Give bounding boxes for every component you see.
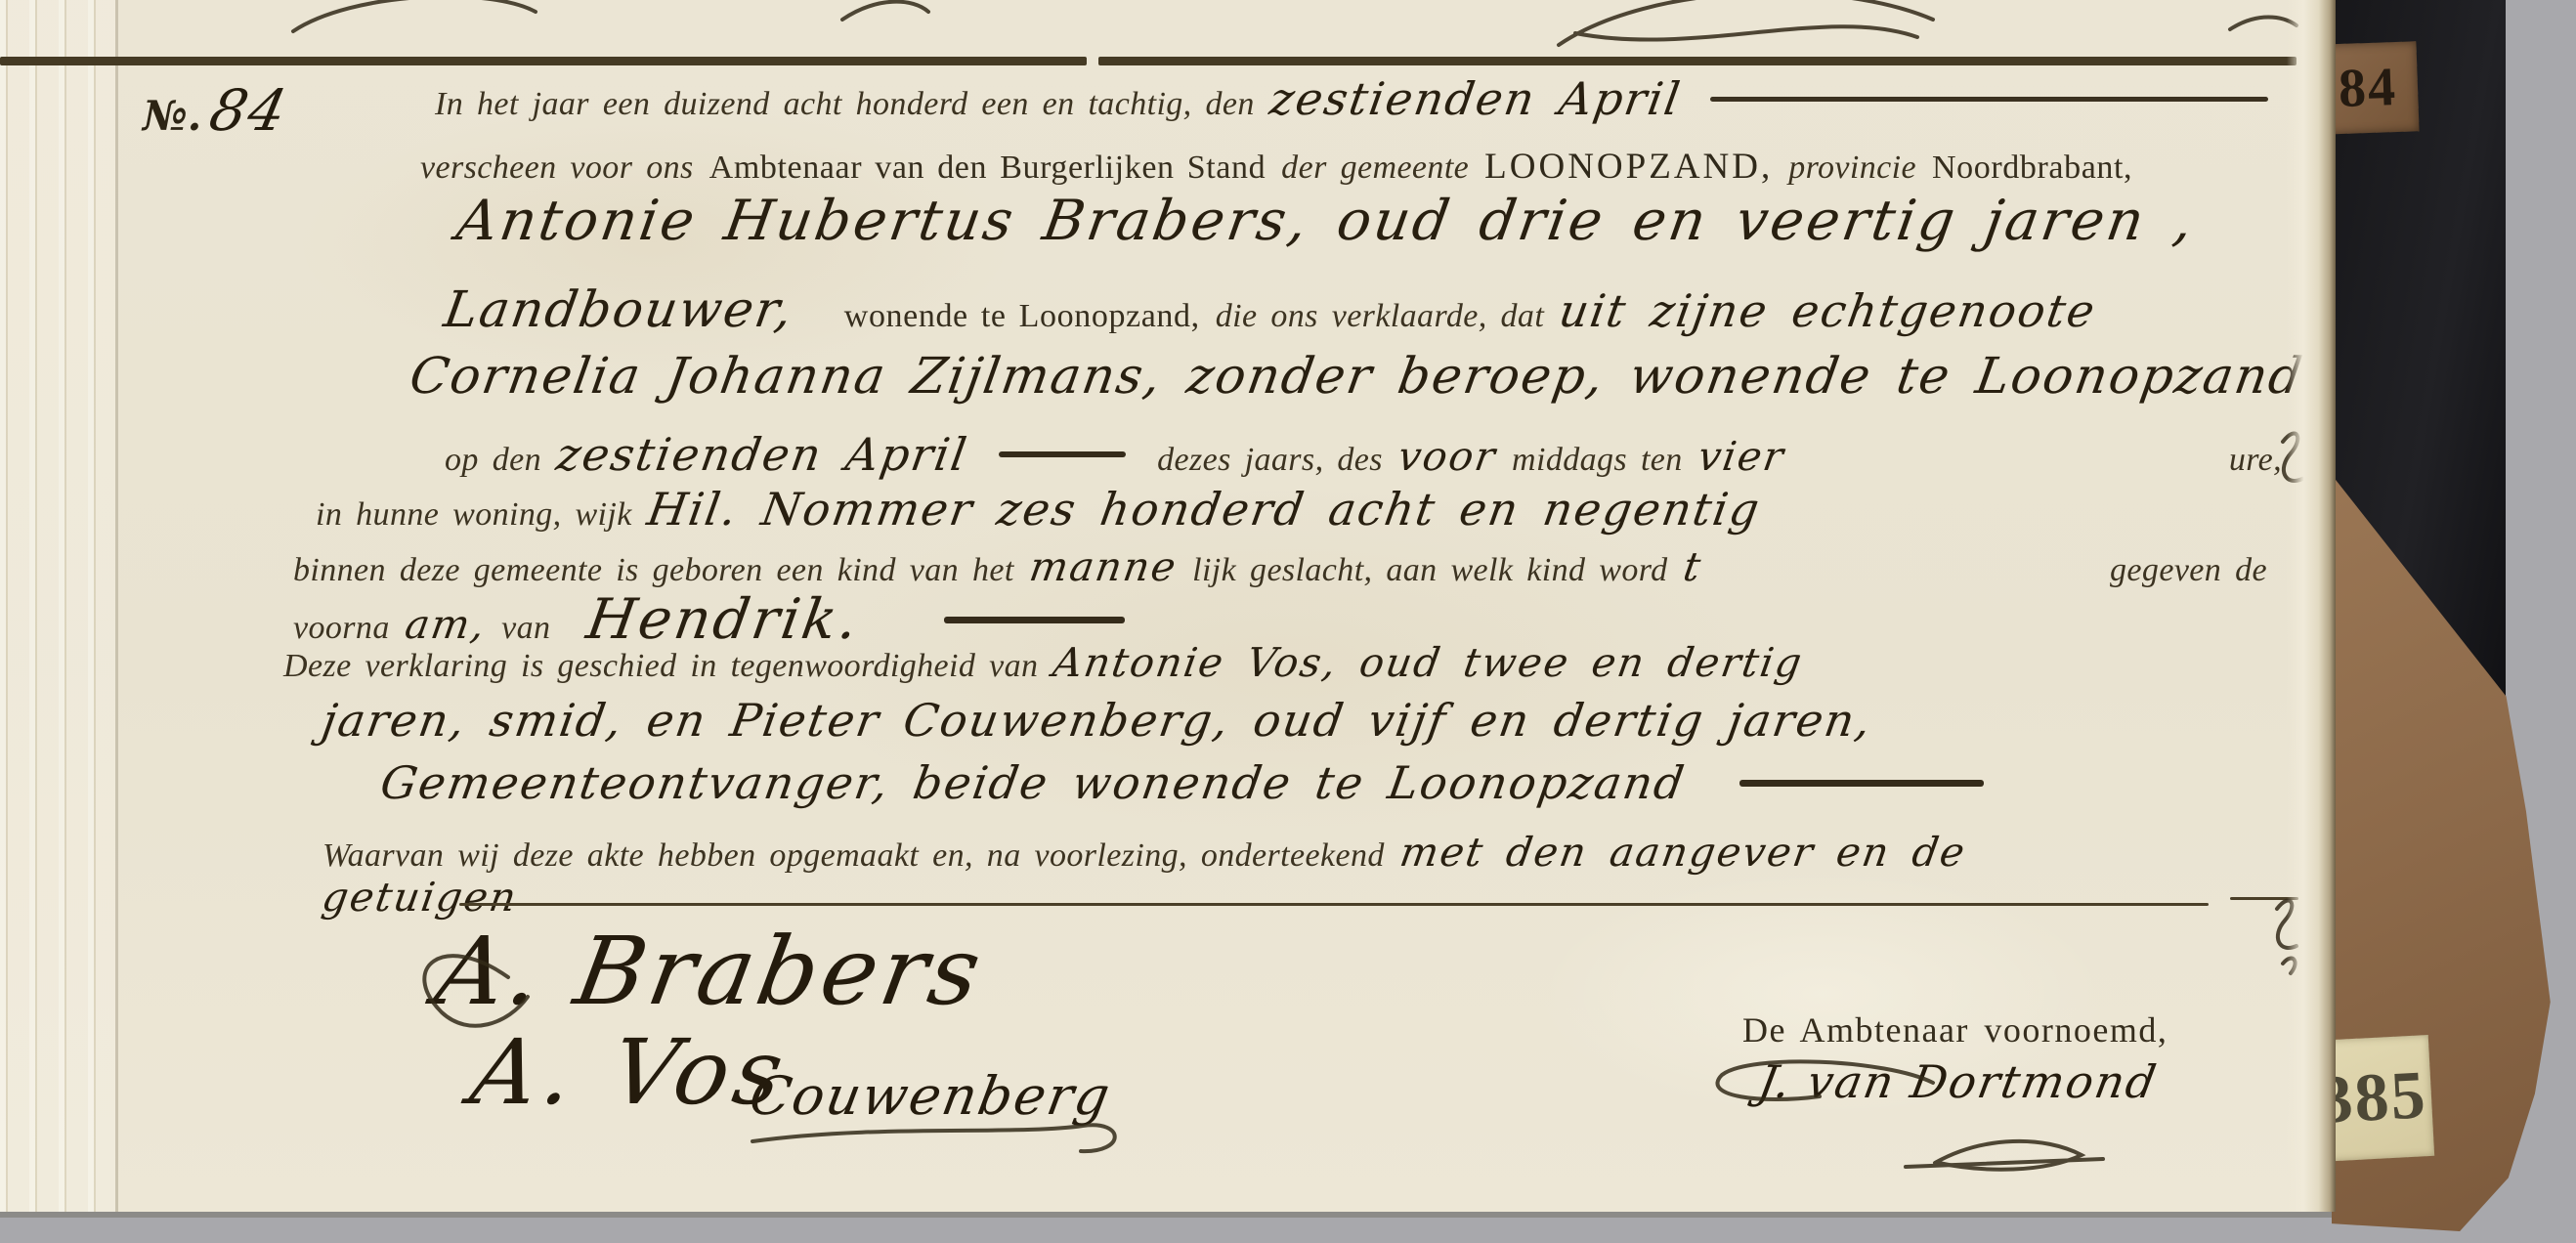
handwritten-child-name: Hendrik. xyxy=(583,592,865,648)
printed-text: dezes jaars, des xyxy=(1157,444,1383,477)
record-number-label: №. xyxy=(143,96,201,137)
printed-text: in hunne woning, wijk xyxy=(316,498,632,532)
municipality-name: LOONOPZAND, xyxy=(1484,149,1773,185)
ink-dash xyxy=(944,617,1125,623)
printed-text: wonende te Loonopzand, xyxy=(844,300,1200,333)
printed-text: Ambtenaar van den Burgerlijken Stand xyxy=(709,151,1267,185)
handwritten-text: Gemeenteontvanger, beide wonende te Loon… xyxy=(377,760,1689,805)
printed-text: In het jaar een duizend acht honderd een… xyxy=(435,88,1255,121)
line-registrar: verscheen voor ons Ambtenaar van den Bur… xyxy=(420,149,2132,185)
printed-text: Deze verklaring is geschied in tegenwoor… xyxy=(283,650,1038,683)
printed-text: voorna xyxy=(293,612,390,645)
line-birth-date-time: op den zestienden April dezes jaars, des… xyxy=(445,432,2282,477)
record-number-value: 84 xyxy=(205,82,293,139)
handwritten-mother: Cornelia Johanna Zijlmans, zonder beroep… xyxy=(407,352,2307,402)
official-title: De Ambtenaar voornoemd, xyxy=(1742,1012,2168,1048)
printed-text: van xyxy=(501,612,550,645)
handwritten-witness1: Antonie Vos, oud twee en dertig xyxy=(1051,643,1806,683)
ink-rule xyxy=(459,903,2209,906)
province-name: Noordbrabant, xyxy=(1932,151,2132,185)
printed-text: binnen deze gemeente is geboren een kind… xyxy=(293,554,1014,587)
handwritten-text: voor xyxy=(1395,437,1500,477)
handwritten-date: zestienden April xyxy=(1267,76,1684,121)
line-witness-residence: Gemeenteontvanger, beide wonende te Loon… xyxy=(381,760,1984,805)
printed-text: die ons verklaarde, dat xyxy=(1216,300,1544,333)
scanned-birth-record: №. 84 In het jaar een duizend acht honde… xyxy=(0,0,2576,1243)
handwritten-text: manne xyxy=(1026,547,1180,587)
ink-dash xyxy=(999,451,1126,457)
record-separator-rule xyxy=(1098,57,2297,65)
line-occupation-residence: Landbouwer, wonende te Loonopzand, die o… xyxy=(445,285,2096,335)
printed-text: Waarvan wij deze akte hebben opgemaakt e… xyxy=(322,839,1385,873)
line-date-year: In het jaar een duizend acht honderd een… xyxy=(435,76,2282,121)
ink-dash xyxy=(1710,97,2268,102)
line-child-name: voorna am, van Hendrik. xyxy=(293,592,1125,648)
line-declarant-name: Antonie Hubertus Brabers, oud drie en ve… xyxy=(457,193,2195,249)
signature-declarant: A. Brabers xyxy=(428,917,992,1026)
record-number: №. 84 xyxy=(143,82,287,139)
line-mother-name: Cornelia Johanna Zijlmans, zonder beroep… xyxy=(410,352,2303,402)
line-witness-details: jaren, smid, en Pieter Couwenberg, oud v… xyxy=(322,698,1872,743)
handwritten-witnesses: jaren, smid, en Pieter Couwenberg, oud v… xyxy=(319,698,1875,743)
printed-text: provincie xyxy=(1788,151,1916,185)
handwritten-text: t xyxy=(1680,547,1704,587)
ink-dash xyxy=(1739,780,1984,787)
handwritten-address: Hil. Nommer zes honderd acht en negentig xyxy=(644,487,1764,532)
printed-text: op den xyxy=(445,444,541,477)
handwritten-text: am, xyxy=(402,605,489,645)
printed-text: ure, xyxy=(2229,444,2282,477)
printed-text: der gemeente xyxy=(1281,151,1469,185)
signature-official: J. van Dortmond xyxy=(1754,1055,2162,1108)
register-page: №. 84 In het jaar een duizend acht honde… xyxy=(0,0,2336,1212)
signature-witness2: Couwenberg xyxy=(745,1065,1116,1127)
handwritten-text: uit zijne echtgenoote xyxy=(1557,288,2100,333)
line-house-number: in hunne woning, wijk Hil. Nommer zes ho… xyxy=(316,487,1760,532)
printed-text: middags ten xyxy=(1512,444,1683,477)
printed-text: lijk geslacht, aan welk kind word xyxy=(1192,554,1667,587)
handwritten-date: zestienden April xyxy=(553,432,970,477)
printed-text: gegeven de xyxy=(2110,554,2267,587)
line-getuigen: getuigen xyxy=(322,878,517,918)
page-stack-edge xyxy=(0,0,118,1212)
line-closing: Waarvan wij deze akte hebben opgemaakt e… xyxy=(322,833,1965,873)
line-child-sex: binnen deze gemeente is geboren een kind… xyxy=(293,547,2267,587)
handwritten-occupation: Landbouwer, xyxy=(441,285,797,335)
line-witness-intro: Deze verklaring is geschied in tegenwoor… xyxy=(283,643,1803,683)
handwritten-declarant: Antonie Hubertus Brabers, oud drie en ve… xyxy=(452,193,2199,249)
page-curled-edge xyxy=(2287,0,2336,1212)
handwritten-text: getuigen xyxy=(320,878,521,918)
handwritten-hour: vier xyxy=(1695,437,1787,477)
signature-witness1: A. Vos xyxy=(464,1020,796,1125)
printed-text: verscheen voor ons xyxy=(420,151,694,185)
record-separator-rule xyxy=(0,57,1087,65)
handwritten-text: met den aangever en de xyxy=(1397,833,1969,873)
